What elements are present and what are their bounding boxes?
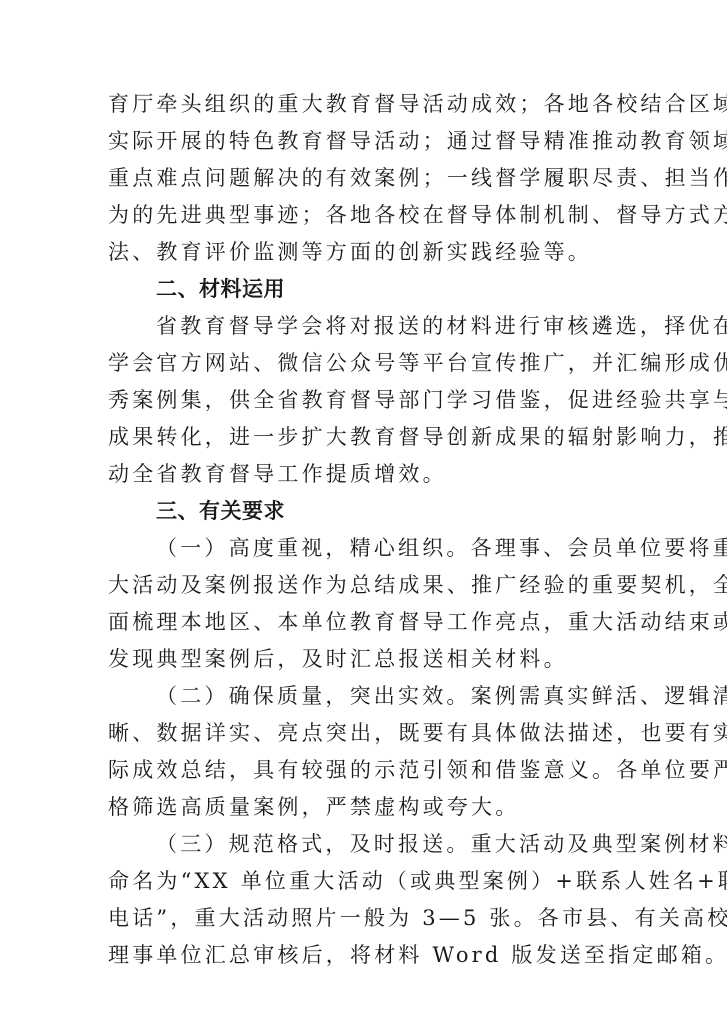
text-line: （二）确保质量，突出实效。案例需真实鲜活、逻辑清 (108, 678, 623, 715)
text-line: 育厅牵头组织的重大教育督导活动成效；各地各校结合区域 (108, 86, 623, 123)
text-line: 实际开展的特色教育督导活动；通过督导精准推动教育领域 (108, 123, 623, 160)
text-line: 省教育督导学会将对报送的材料进行审核遴选，择优在 (108, 308, 623, 345)
text-line: 动全省教育督导工作提质增效。 (108, 456, 623, 493)
text-line: 理事单位汇总审核后，将材料 Word 版发送至指定邮箱。 (108, 937, 623, 974)
materials-usage-paragraph: 省教育督导学会将对报送的材料进行审核遴选，择优在 学会官方网站、微信公众号等平台… (108, 308, 623, 493)
text-line: 命名为“XX 单位重大活动（或典型案例）+联系人姓名+联系 (108, 863, 623, 900)
text-line: 法、教育评价监测等方面的创新实践经验等。 (108, 234, 623, 271)
intro-paragraph: 育厅牵头组织的重大教育督导活动成效；各地各校结合区域 实际开展的特色教育督导活动… (108, 86, 623, 271)
requirement-item-2: （二）确保质量，突出实效。案例需真实鲜活、逻辑清 晰、数据详实、亮点突出，既要有… (108, 678, 623, 826)
text-line: 电话”，重大活动照片一般为 3—5 张。各市县、有关高校 (108, 900, 623, 937)
text-line: （一）高度重视，精心组织。各理事、会员单位要将重 (108, 530, 623, 567)
section-heading-materials-usage: 二、材料运用 (108, 271, 623, 308)
text-line: 晰、数据详实、亮点突出，既要有具体做法描述，也要有实 (108, 715, 623, 752)
text-line: 秀案例集，供全省教育督导部门学习借鉴，促进经验共享与 (108, 382, 623, 419)
text-line: 重点难点问题解决的有效案例；一线督学履职尽责、担当作 (108, 160, 623, 197)
text-line: 际成效总结，具有较强的示范引领和借鉴意义。各单位要严 (108, 752, 623, 789)
document-page: 育厅牵头组织的重大教育督导活动成效；各地各校结合区域 实际开展的特色教育督导活动… (108, 86, 623, 974)
requirement-item-1: （一）高度重视，精心组织。各理事、会员单位要将重 大活动及案例报送作为总结成果、… (108, 530, 623, 678)
requirement-item-3: （三）规范格式，及时报送。重大活动及典型案例材料 命名为“XX 单位重大活动（或… (108, 826, 623, 974)
text-line: 学会官方网站、微信公众号等平台宣传推广，并汇编形成优 (108, 345, 623, 382)
text-line: 面梳理本地区、本单位教育督导工作亮点，重大活动结束或 (108, 604, 623, 641)
text-line: 发现典型案例后，及时汇总报送相关材料。 (108, 641, 623, 678)
text-line: 大活动及案例报送作为总结成果、推广经验的重要契机，全 (108, 567, 623, 604)
text-line: 格筛选高质量案例，严禁虚构或夸大。 (108, 789, 623, 826)
section-heading-requirements: 三、有关要求 (108, 493, 623, 530)
text-line: （三）规范格式，及时报送。重大活动及典型案例材料 (108, 826, 623, 863)
text-line: 为的先进典型事迹；各地各校在督导体制机制、督导方式方 (108, 197, 623, 234)
text-line: 成果转化，进一步扩大教育督导创新成果的辐射影响力，推 (108, 419, 623, 456)
